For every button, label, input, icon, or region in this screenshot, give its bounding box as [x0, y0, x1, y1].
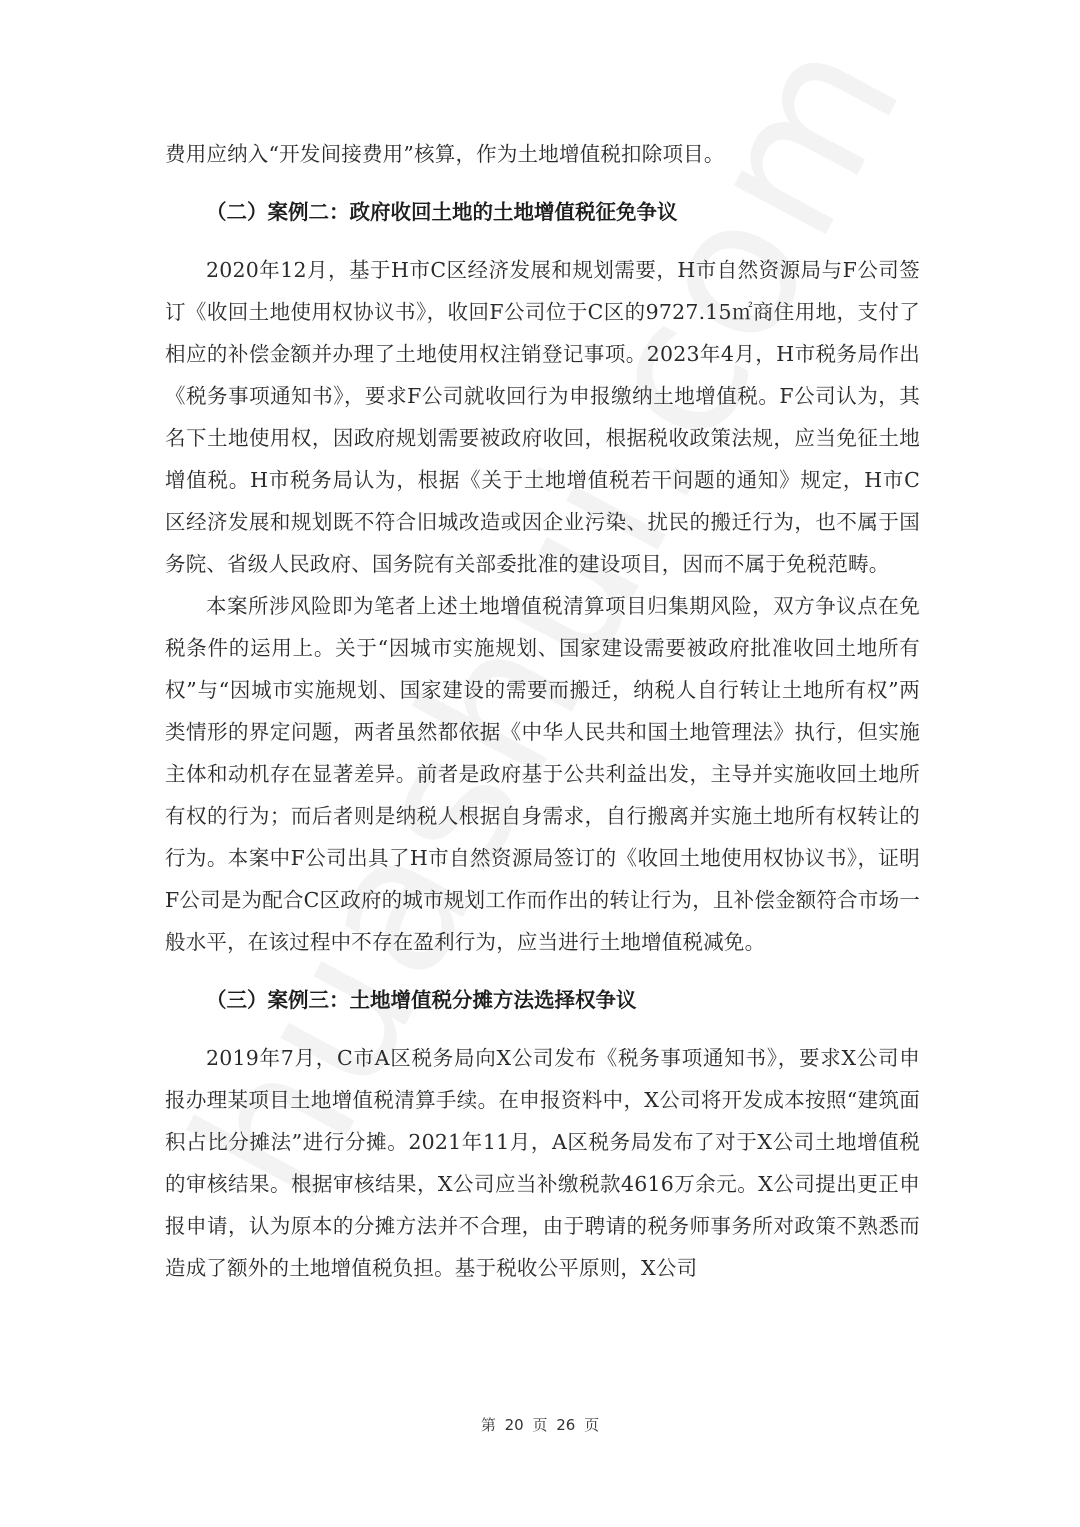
page-content: 费用应纳入“开发间接费用”核算，作为土地增值税扣除项目。 （二）案例二：政府收回… [165, 133, 920, 1289]
paragraph-case-2-analysis: 本案所涉风险即为笔者上述土地增值税清算项目归集期风险，双方争议点在免税条件的运用… [165, 585, 920, 963]
page-number-footer: 第 20 页 26 页 [0, 1414, 1080, 1435]
document-page: huashui.com 费用应纳入“开发间接费用”核算，作为土地增值税扣除项目。… [0, 0, 1080, 1527]
paragraph-case-2-facts: 2020年12月，基于H市C区经济发展和规划需要，H市自然资源局与F公司签订《收… [165, 249, 920, 585]
paragraph-continued: 费用应纳入“开发间接费用”核算，作为土地增值税扣除项目。 [165, 133, 920, 175]
paragraph-case-3-facts: 2019年7月，C市A区税务局向X公司发布《税务事项通知书》，要求X公司申报办理… [165, 1037, 920, 1289]
section-heading-case-2: （二）案例二：政府收回土地的土地增值税征免争议 [165, 191, 920, 233]
section-heading-case-3: （三）案例三：土地增值税分摊方法选择权争议 [165, 979, 920, 1021]
